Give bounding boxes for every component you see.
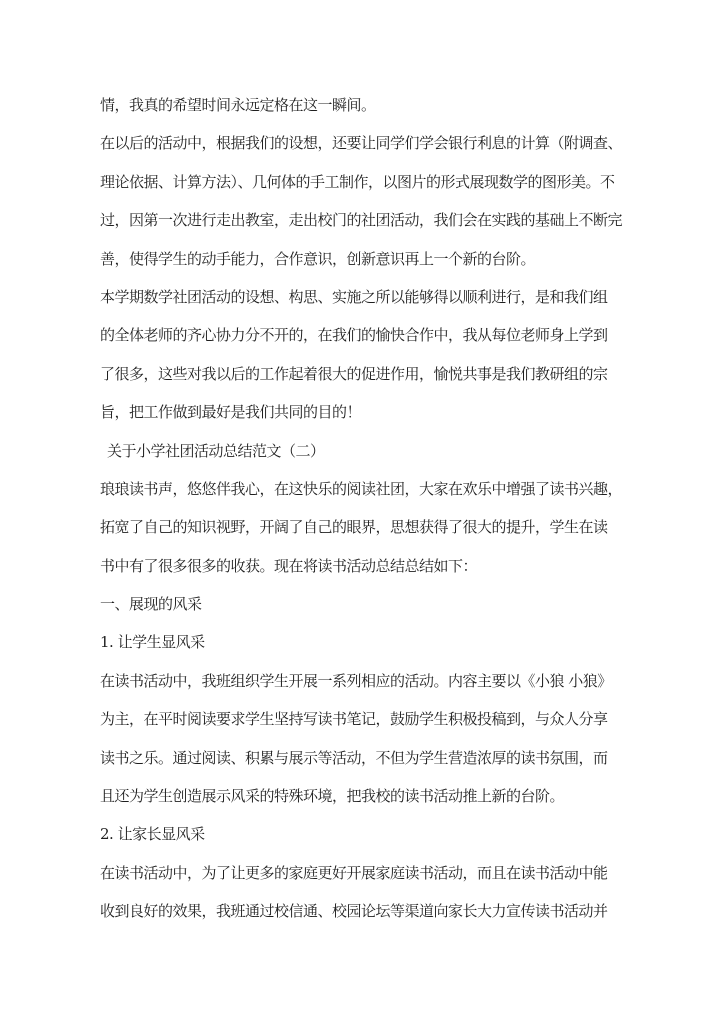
subheading-line: 2. 让家长显风采 <box>100 815 622 853</box>
paragraph-line: 旨，把工作做到最好是我们共同的目的！ <box>100 393 622 431</box>
paragraph-line: 在以后的活动中，根据我们的设想，还要让同学们学会银行利息的计算（附调查、 <box>100 124 622 162</box>
paragraph-line: 收到良好的效果，我班通过校信通、校园论坛等渠道向家长大力宣传读书活动并 <box>100 892 622 930</box>
paragraph-line: 善，使得学生的动手能力，合作意识，创新意识再上一个新的台阶。 <box>100 240 622 278</box>
paragraph-line: 为主，在平时阅读要求学生坚持写读书笔记，鼓励学生积极投稿到，与众人分享 <box>100 700 622 738</box>
document-text-block: 情，我真的希望时间永远定格在这一瞬间。 在以后的活动中，根据我们的设想，还要让同… <box>100 86 622 931</box>
paragraph-line: 读书之乐。通过阅读、积累与展示等活动，不但为学生营造浓厚的读书氛围，而 <box>100 739 622 777</box>
paragraph-line: 在读书活动中，我班组织学生开展一系列相应的活动。内容主要以《小狼 小狼》 <box>100 662 622 700</box>
paragraph-line: 琅琅读书声，悠悠伴我心，在这快乐的阅读社团，大家在欢乐中增强了读书兴趣， <box>100 470 622 508</box>
paragraph-line: 情，我真的希望时间永远定格在这一瞬间。 <box>100 86 622 124</box>
paragraph-line: 的全体老师的齐心协力分不开的，在我们的愉快合作中，我从每位老师身上学到 <box>100 316 622 354</box>
paragraph-line: 本学期数学社团活动的设想、构思、实施之所以能够得以顺利进行，是和我们组 <box>100 278 622 316</box>
heading-line: 一、展现的风采 <box>100 585 622 623</box>
paragraph-line: 书中有了很多很多的收获。现在将读书活动总结总结如下： <box>100 547 622 585</box>
subheading-line: 1. 让学生显风采 <box>100 623 622 661</box>
paragraph-line: 拓宽了自己的知识视野，开阔了自己的眼界，思想获得了很大的提升，学生在读 <box>100 508 622 546</box>
paragraph-line: 过，因第一次进行走出教室，走出校门的社团活动，我们会在实践的基础上不断完 <box>100 201 622 239</box>
paragraph-line: 在读书活动中，为了让更多的家庭更好开展家庭读书活动，而且在读书活动中能 <box>100 854 622 892</box>
section-title-line: 关于小学社团活动总结范文（二） <box>100 432 622 470</box>
paragraph-line: 且还为学生创造展示风采的特殊环境，把我校的读书活动推上新的台阶。 <box>100 777 622 815</box>
paragraph-line: 了很多，这些对我以后的工作起着很大的促进作用，愉悦共事是我们教研组的宗 <box>100 355 622 393</box>
document-page: 情，我真的希望时间永远定格在这一瞬间。 在以后的活动中，根据我们的设想，还要让同… <box>0 0 721 1020</box>
paragraph-line: 理论依据、计算方法）、几何体的手工制作，以图片的形式展现数学的图形美。不 <box>100 163 622 201</box>
